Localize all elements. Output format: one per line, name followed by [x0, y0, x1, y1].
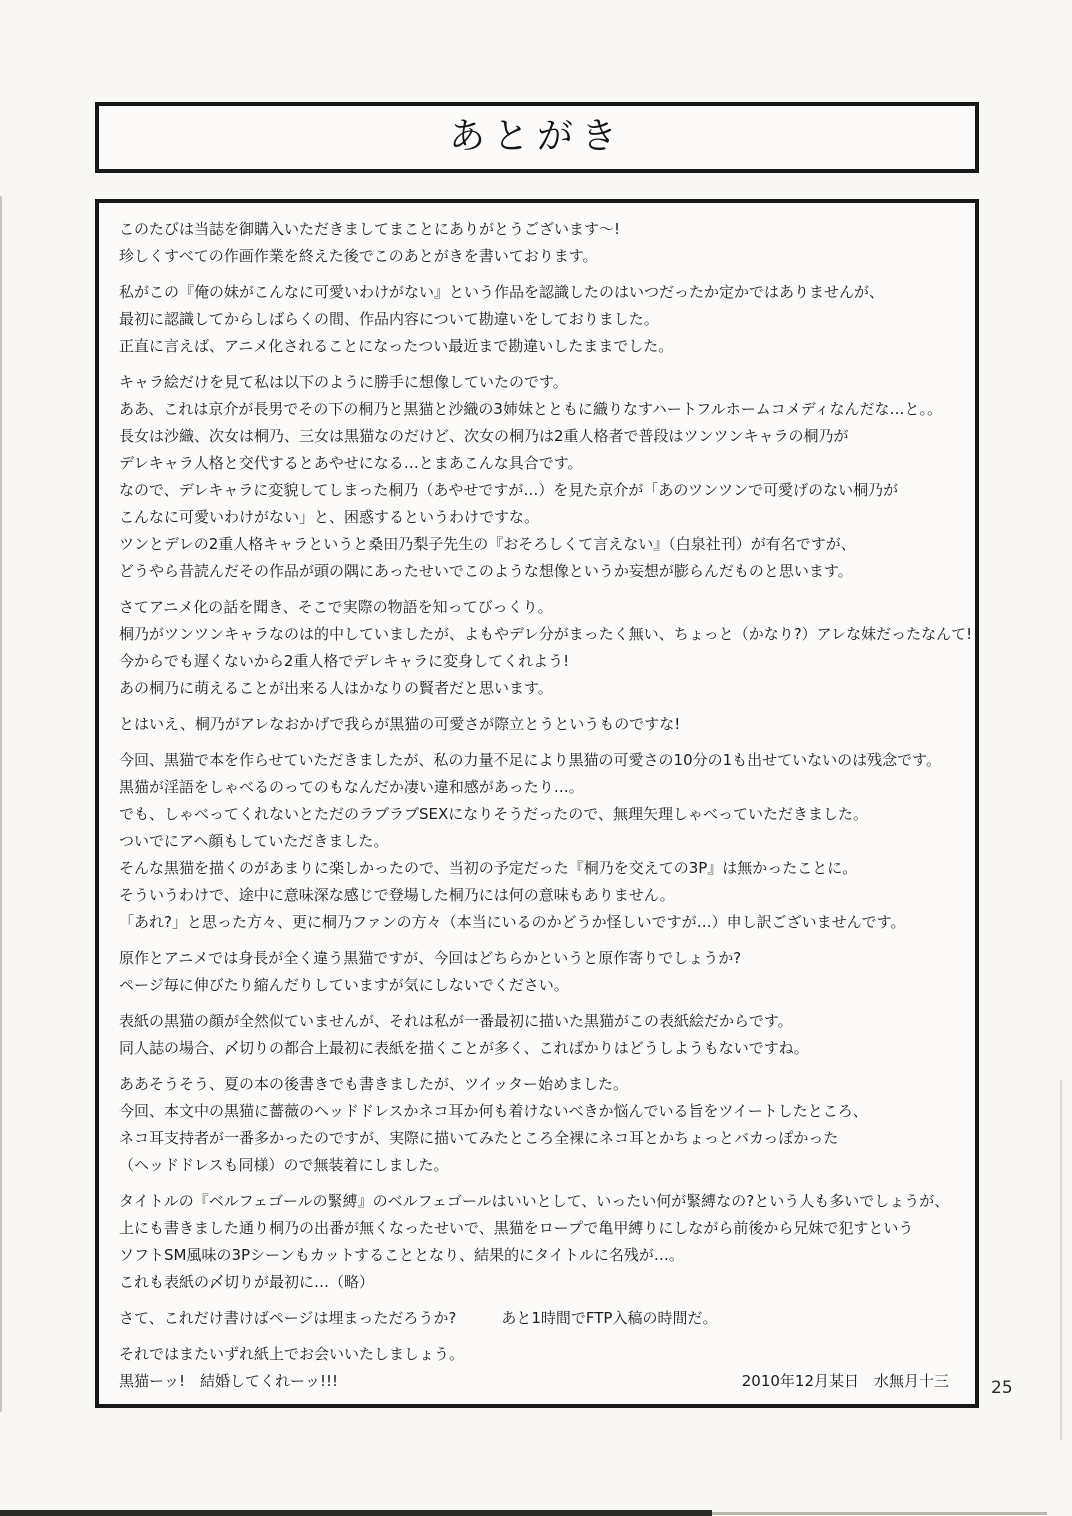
title-box: あとがき: [95, 102, 979, 173]
text-line: ページ毎に伸びたり縮んだりしていますが気にしないでください。: [119, 972, 971, 999]
paragraph: タイトルの『ベルフェゴールの緊縛』のベルフェゴールはいいとして、いったい何が緊縛…: [119, 1188, 971, 1296]
afterword-box: このたびは当誌を御購入いただきましてまことにありがとうございます～!珍しくすべて…: [95, 199, 979, 1408]
paragraph: このたびは当誌を御購入いただきましてまことにありがとうございます～!珍しくすべて…: [119, 216, 971, 270]
text-line: 同人誌の場合、〆切りの都合上最初に表紙を描くことが多く、こればかりはどうしようも…: [119, 1035, 971, 1062]
page-number: 25: [991, 1378, 1013, 1398]
text-line: ソフトSM風味の3Pシーンもカットすることとなり、結果的にタイトルに名残が…。: [119, 1242, 971, 1269]
paragraph: さてアニメ化の話を聞き、そこで実際の物語を知ってびっくり。桐乃がツンツンキャラな…: [119, 594, 971, 702]
text-line: あの桐乃に萌えることが出来る人はかなりの賢者だと思います。: [119, 675, 971, 702]
scanned-page: あとがき このたびは当誌を御購入いただきましてまことにありがとうございます～!珍…: [0, 0, 1072, 1516]
text-line: なので、デレキャラに変貌してしまった桐乃（あやせですが…）を見た京介が「あのツン…: [119, 477, 971, 504]
paragraph: さて、これだけ書けばページは埋まっただろうか? あと1時間でFTP入稿の時間だ。: [119, 1305, 971, 1332]
date-signature: 2010年12月某日 水無月十三: [742, 1370, 949, 1391]
scan-edge-bottom-light: [712, 1512, 1047, 1515]
text-line: 珍しくすべての作画作業を終えた後でこのあとがきを書いております。: [119, 243, 971, 270]
text-line: そんな黒猫を描くのがあまりに楽しかったので、当初の予定だった『桐乃を交えての3P…: [119, 855, 971, 882]
text-line: こんなに可愛いわけがない」と、困惑するというわけですな。: [119, 504, 971, 531]
text-line: そういうわけで、途中に意味深な感じで登場した桐乃には何の意味もありません。: [119, 882, 971, 909]
paragraph: とはいえ、桐乃がアレなおかげで我らが黒猫の可愛さが際立とうというものですな!: [119, 711, 971, 738]
text-line: とはいえ、桐乃がアレなおかげで我らが黒猫の可愛さが際立とうというものですな!: [119, 711, 971, 738]
scan-edge-right: [1060, 1080, 1062, 1440]
text-line: 長女は沙織、次女は桐乃、三女は黒猫なのだけど、次女の桐乃は2重人格者で普段はツン…: [119, 423, 971, 450]
scan-edge-left: [0, 196, 2, 1412]
text-line: キャラ絵だけを見て私は以下のように勝手に想像していたのです。: [119, 369, 971, 396]
paragraph: 私がこの『俺の妹がこんなに可愛いわけがない』という作品を認識したのはいつだったか…: [119, 279, 971, 360]
text-line: 原作とアニメでは身長が全く違う黒猫ですが、今回はどちらかというと原作寄りでしょう…: [119, 945, 971, 972]
paragraph: ああそうそう、夏の本の後書きでも書きましたが、ツイッター始めました。今回、本文中…: [119, 1071, 971, 1179]
text-line: ああ、これは京介が長男でその下の桐乃と黒猫と沙織の3姉妹とともに織りなすハートフ…: [119, 396, 971, 423]
text-line: ツンとデレの2重人格キャラというと桑田乃梨子先生の『おそろしくて言えない』（白泉…: [119, 531, 971, 558]
text-line: 今回、本文中の黒猫に薔薇のヘッドドレスかネコ耳か何も着けないべきか悩んでいる旨を…: [119, 1098, 971, 1125]
text-line: さて、これだけ書けばページは埋まっただろうか? あと1時間でFTP入稿の時間だ。: [119, 1305, 971, 1332]
text-line: それではまたいずれ紙上でお会いいたしましょう。: [119, 1341, 971, 1368]
text-line: 私がこの『俺の妹がこんなに可愛いわけがない』という作品を認識したのはいつだったか…: [119, 279, 971, 306]
paragraph: 今回、黒猫で本を作らせていただきましたが、私の力量不足により黒猫の可愛さの10分…: [119, 747, 971, 936]
paragraph: 表紙の黒猫の顔が全然似ていませんが、それは私が一番最初に描いた黒猫がこの表紙絵だ…: [119, 1008, 971, 1062]
text-line: デレキャラ人格と交代するとあやせになる…とまあこんな具合です。: [119, 450, 971, 477]
text-line: さてアニメ化の話を聞き、そこで実際の物語を知ってびっくり。: [119, 594, 971, 621]
text-line: （ヘッドドレスも同様）ので無装着にしました。: [119, 1152, 971, 1179]
text-line: ネコ耳支持者が一番多かったのですが、実際に描いてみたところ全裸にネコ耳とかちょっ…: [119, 1125, 971, 1152]
text-line: 黒猫が淫語をしゃべるのってのもなんだか凄い違和感があったり…。: [119, 774, 971, 801]
text-line: 表紙の黒猫の顔が全然似ていませんが、それは私が一番最初に描いた黒猫がこの表紙絵だ…: [119, 1008, 971, 1035]
text-line: ついでにアヘ顔もしていただきました。: [119, 828, 971, 855]
text-line: 最初に認識してからしばらくの間、作品内容について勘違いをしておりました。: [119, 306, 971, 333]
text-line: このたびは当誌を御購入いただきましてまことにありがとうございます～!: [119, 216, 971, 243]
text-line: 桐乃がツンツンキャラなのは的中していましたが、よもやデレ分がまったく無い、ちょっ…: [119, 621, 971, 648]
page-title: あとがき: [99, 106, 975, 168]
paragraph: キャラ絵だけを見て私は以下のように勝手に想像していたのです。ああ、これは京介が長…: [119, 369, 971, 585]
text-line: どうやら昔読んだその作品が頭の隅にあったせいでこのような想像というか妄想が膨らん…: [119, 558, 971, 585]
text-line: でも、しゃべってくれないとただのラブラブSEXになりそうだったので、無理矢理しゃ…: [119, 801, 971, 828]
paragraph: 原作とアニメでは身長が全く違う黒猫ですが、今回はどちらかというと原作寄りでしょう…: [119, 945, 971, 999]
text-line: 今からでも遅くないから2重人格でデレキャラに変身してくれよう!: [119, 648, 971, 675]
scan-edge-bottom-dark: [0, 1510, 712, 1516]
text-line: 「あれ?」と思った方々、更に桐乃ファンの方々（本当にいるのかどうか怪しいですが……: [119, 909, 971, 936]
text-line: ああそうそう、夏の本の後書きでも書きましたが、ツイッター始めました。: [119, 1071, 971, 1098]
text-line: 上にも書きました通り桐乃の出番が無くなったせいで、黒猫をロープで亀甲縛りにしなが…: [119, 1215, 971, 1242]
text-line: これも表紙の〆切りが最初に…（略）: [119, 1269, 971, 1296]
text-line: タイトルの『ベルフェゴールの緊縛』のベルフェゴールはいいとして、いったい何が緊縛…: [119, 1188, 971, 1215]
text-line: 正直に言えば、アニメ化されることになったつい最近まで勘違いしたままでした。: [119, 333, 971, 360]
afterword-text: このたびは当誌を御購入いただきましてまことにありがとうございます～!珍しくすべて…: [119, 216, 971, 1395]
text-line: 今回、黒猫で本を作らせていただきましたが、私の力量不足により黒猫の可愛さの10分…: [119, 747, 971, 774]
